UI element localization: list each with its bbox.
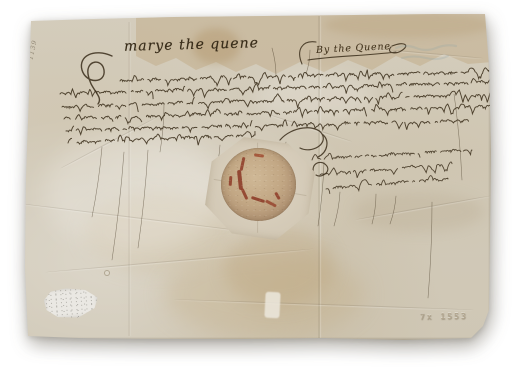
manuscript-body-handwriting bbox=[60, 68, 492, 145]
parchment-shadow-wrap: marye the quene By the Quene 7x 1 bbox=[0, 0, 512, 367]
seal-wax-impression bbox=[221, 148, 296, 221]
seal-red-mark bbox=[254, 153, 264, 157]
photo-canvas: marye the quene By the Quene 7x 1 bbox=[0, 0, 512, 367]
address-docket-handwriting bbox=[312, 149, 472, 193]
seal-red-mark bbox=[237, 170, 243, 190]
scrape-mark bbox=[264, 292, 280, 319]
seal-red-mark bbox=[241, 188, 249, 200]
stamp-number: 7x 1553 bbox=[420, 312, 468, 322]
seal-red-mark bbox=[240, 157, 246, 171]
parchment-document: marye the quene By the Quene 7x 1 bbox=[24, 12, 492, 342]
seal-red-mark bbox=[274, 192, 280, 200]
seal-red-mark bbox=[251, 196, 265, 203]
seal-red-mark bbox=[265, 199, 277, 207]
seal-red-mark bbox=[229, 176, 232, 186]
puncture-hole bbox=[104, 270, 110, 276]
